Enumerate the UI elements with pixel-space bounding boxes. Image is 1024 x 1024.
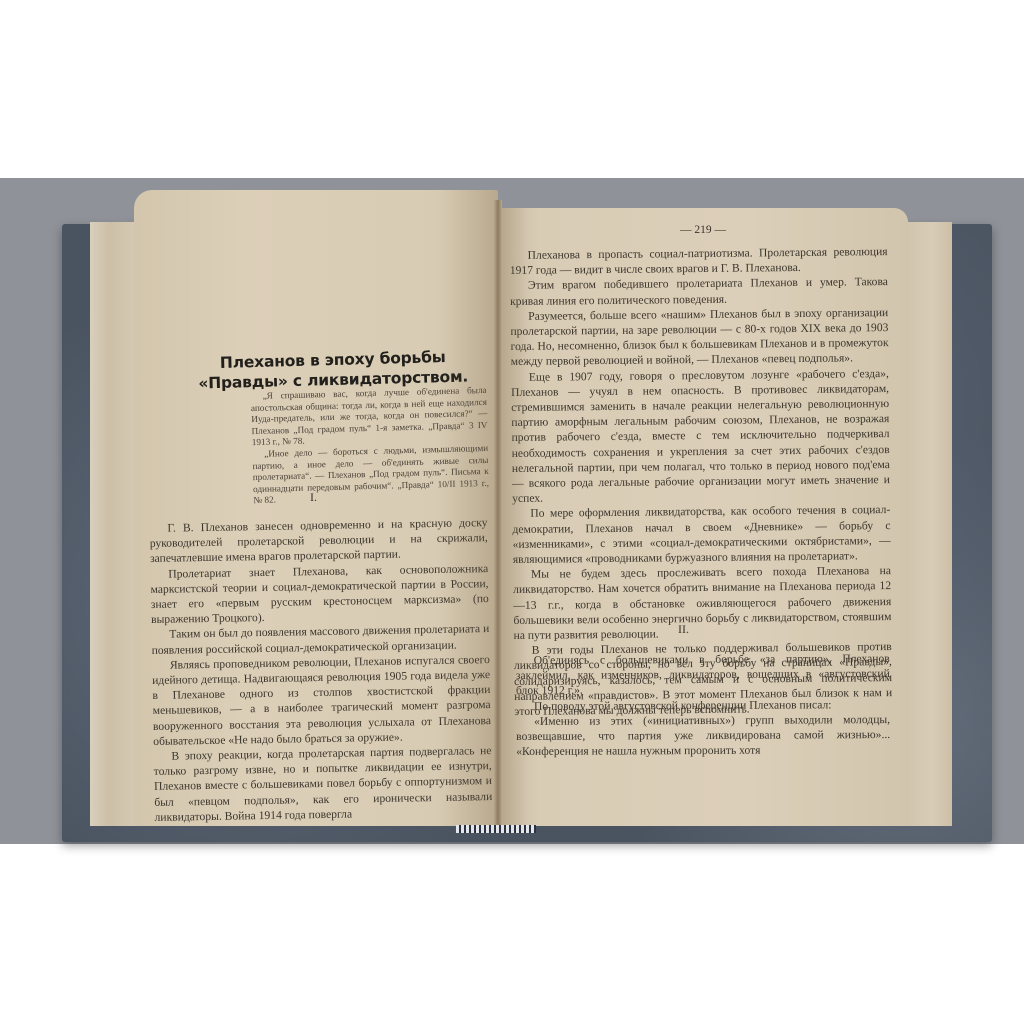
paragraph: «Именно из этих («инициативных») групп в… [516,712,890,760]
book-gutter [494,200,502,830]
section-number: II. [678,622,689,637]
right-body-text: Плеханова в пропасть социал-патриотизма.… [510,244,893,719]
paragraph: Этим врагом победившего пролетариата Пле… [510,274,888,308]
right-page-stack [902,222,952,826]
epigraph-quote: „Иное дело — бороться с людьми, измышляю… [252,443,489,507]
paragraph: В эпоху реакции, когда пролетарская парт… [153,743,492,825]
paragraph: По мере оформления ликвидаторства, как о… [512,502,891,567]
right-page: — 219 — Плеханова в пропасть социал-патр… [498,208,908,826]
left-body-text: Г. В. Плеханов занесен одновременно и на… [149,515,492,825]
right-body-text-2: Об'единясь с большевиками в борьбе «за п… [516,651,891,759]
paragraph: Пролетариат знает Плеханова, как основоп… [150,561,489,628]
section-number: I. [310,490,317,505]
left-page-stack [90,222,138,826]
left-page: Плеханов в эпоху борьбы «Правды» с ликви… [134,190,498,826]
paragraph: Об'единясь с большевиками в борьбе «за п… [516,651,890,699]
paragraph: Еще в 1907 году, говоря о пресловутом ло… [511,366,890,507]
paragraph: Г. В. Плеханов занесен одновременно и на… [149,515,488,567]
page-number: — 219 — [498,224,908,236]
epigraph-quote: „Я спрашиваю вас, когда лучше об'единена… [251,385,488,449]
epigraph: „Я спрашиваю вас, когда лучше об'единена… [251,385,490,507]
paragraph: Являясь проповедником революции, Плехано… [152,652,492,749]
paragraph: Разумеется, больше всего «нашим» Плехано… [510,305,889,370]
paragraph: Мы не будем здесь прослеживать всего пох… [513,563,892,643]
paragraph: Плеханова в пропасть социал-патриотизма.… [510,244,888,278]
headband [456,825,536,833]
